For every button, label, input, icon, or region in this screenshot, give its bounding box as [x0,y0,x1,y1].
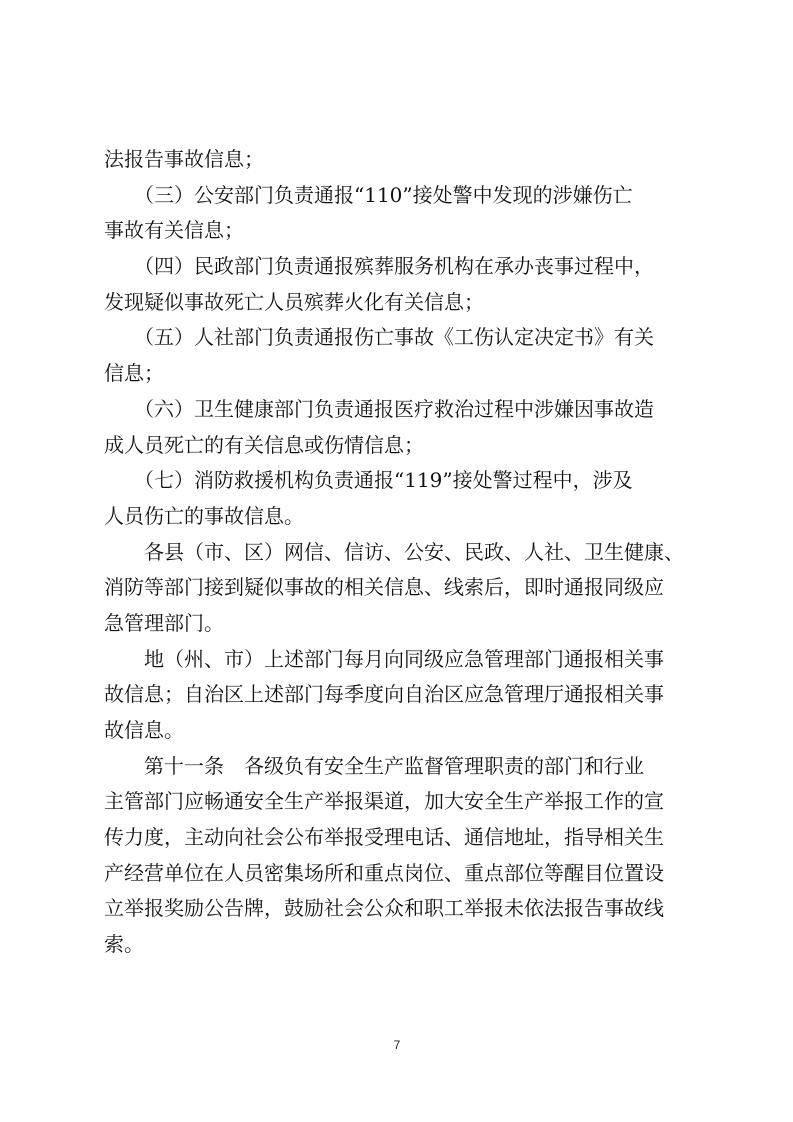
text-line: 主管部门应畅通安全生产举报渠道，加大安全生产举报工作的宣 [104,784,694,820]
text-line: （三）公安部门负责通报“110”接处警中发现的涉嫌伤亡 [104,178,694,214]
text-line: 发现疑似事故死亡人员殡葬火化有关信息； [104,285,694,321]
text-line: 地（州、市）上述部门每月向同级应急管理部门通报相关事 [104,642,694,678]
text-line: 信息； [104,356,694,392]
text-line: 人员伤亡的事故信息。 [104,499,694,535]
text-line: 成人员死亡的有关信息或伤情信息； [104,428,694,464]
text-line: 产经营单位在人员密集场所和重点岗位、重点部位等醒目位置设 [104,856,694,892]
text-line: 事故有关信息； [104,213,694,249]
text-line: （七）消防救援机构负责通报“119”接处警过程中，涉及 [104,463,694,499]
text-line: 传力度，主动向社会公布举报受理电话、通信地址，指导相关生 [104,820,694,856]
text-line: 故信息；自治区上述部门每季度向自治区应急管理厅通报相关事 [104,677,694,713]
text-line: 各县（市、区）网信、信访、公安、民政、人社、卫生健康、 [104,535,694,571]
document-body: 法报告事故信息； （三）公安部门负责通报“110”接处警中发现的涉嫌伤亡 事故有… [104,142,694,963]
text-line: 索。 [104,927,694,963]
page-number: 7 [390,1038,404,1052]
text-line: 急管理部门。 [104,606,694,642]
text-line: 立举报奖励公告牌，鼓励社会公众和职工举报未依法报告事故线 [104,891,694,927]
text-line: 第十一条 各级负有安全生产监督管理职责的部门和行业 [104,749,694,785]
text-line: （五）人社部门负责通报伤亡事故《工伤认定决定书》有关 [104,320,694,356]
document-page: 法报告事故信息； （三）公安部门负责通报“110”接处警中发现的涉嫌伤亡 事故有… [0,0,793,1122]
text-line: 故信息。 [104,713,694,749]
text-line: 消防等部门接到疑似事故的相关信息、线索后，即时通报同级应 [104,570,694,606]
text-line: （四）民政部门负责通报殡葬服务机构在承办丧事过程中， [104,249,694,285]
text-line: （六）卫生健康部门负责通报医疗救治过程中涉嫌因事故造 [104,392,694,428]
text-line: 法报告事故信息； [104,142,694,178]
